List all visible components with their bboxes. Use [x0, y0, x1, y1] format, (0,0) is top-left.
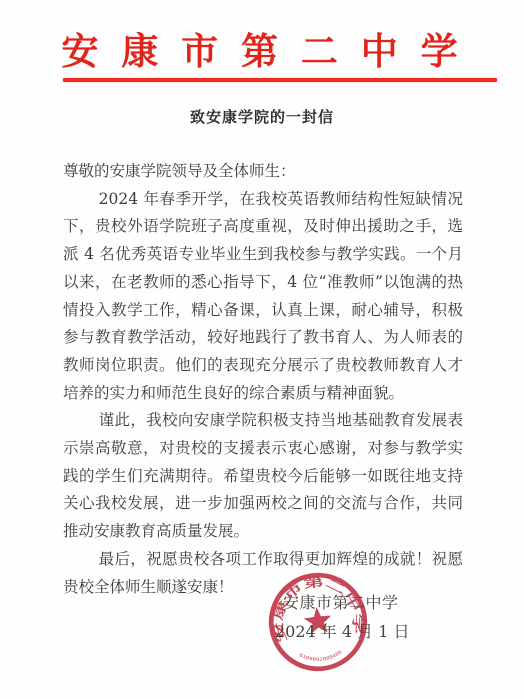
paragraph-2: 谨此，我校向安康学院积极支持当地基础教育发展表示崇高敬意，对贵校的支援表示衷心感…: [63, 407, 463, 546]
letter-title: 致安康学院的一封信: [0, 106, 524, 127]
letter-body: 尊敬的安康学院领导及全体师生： 2024 年春季开学，在我校英语教师结构性短缺情…: [63, 158, 463, 601]
signature-name: 安康市第二中学: [283, 590, 399, 613]
letter-page: 安 康 市 第 二 中 学 致安康学院的一封信 尊敬的安康学院领导及全体师生： …: [0, 0, 524, 699]
letterhead-rule: [63, 78, 497, 82]
paragraph-1: 2024 年春季开学，在我校英语教师结构性短缺情况下，贵校外语学院班子高度重视，…: [63, 186, 463, 408]
signature-date: 2024 年 4 月 1 日: [275, 619, 410, 642]
salutation: 尊敬的安康学院领导及全体师生：: [63, 158, 463, 186]
letterhead-school-name: 安 康 市 第 二 中 学: [0, 21, 524, 75]
